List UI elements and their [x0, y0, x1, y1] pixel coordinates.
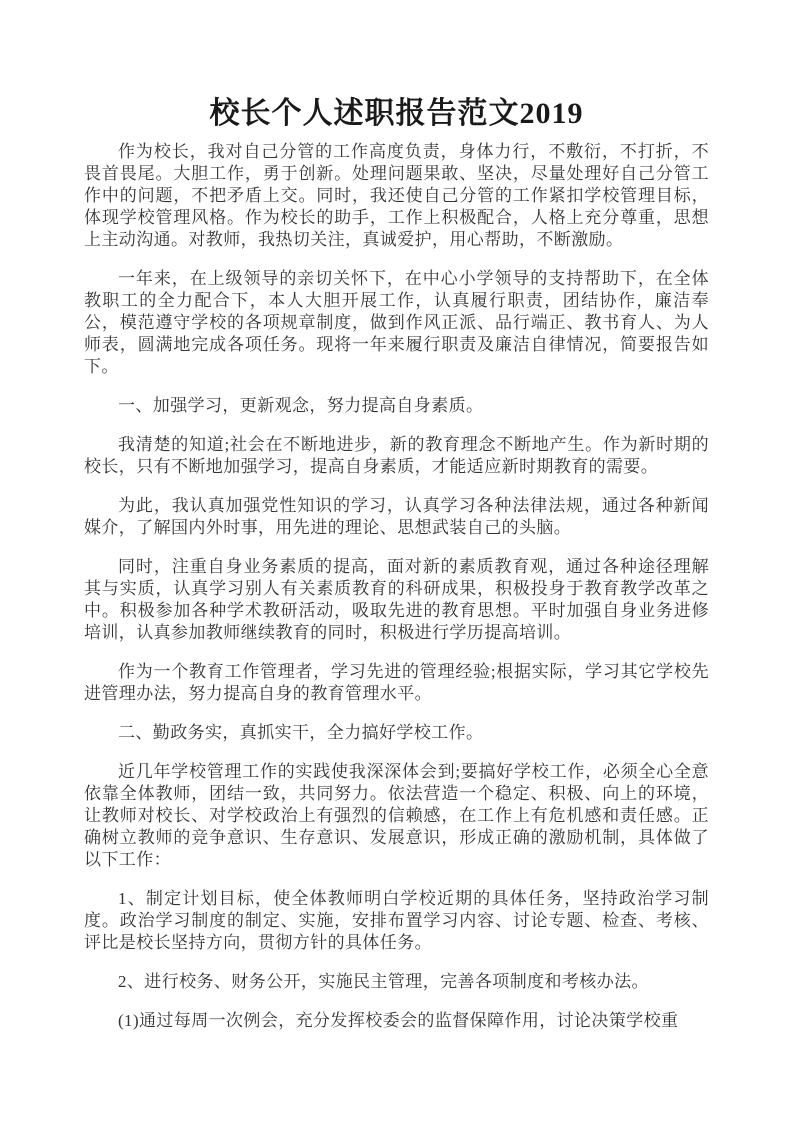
document-title: 校长个人述职报告范文2019	[84, 96, 709, 132]
paragraph-4: 为此，我认真加强党性知识的学习，认真学习各种法律法规，通过各种新闻媒介，了解国内…	[84, 495, 709, 539]
paragraph-6: 作为一个教育工作管理者，学习先进的管理经验;根据实际，学习其它学校先进管理办法，…	[84, 661, 709, 705]
paragraph-8: 1、制定计划目标，使全体教师明白学校近期的具体任务，坚持政治学习制度。政治学习制…	[84, 888, 709, 954]
paragraph-9: 2、进行校务、财务公开，实施民主管理，完善各项制度和考核办法。	[84, 971, 709, 993]
paragraph-10: (1)通过每周一次例会，充分发挥校委会的监督保障作用，讨论决策学校重	[84, 1010, 709, 1032]
paragraph-3: 我清楚的知道;社会在不断地进步，新的教育理念不断地产生。作为新时期的校长，只有不…	[84, 434, 709, 478]
document-page: 校长个人述职报告范文2019 作为校长，我对自己分管的工作高度负责，身体力行，不…	[0, 0, 793, 1122]
section-heading-2: 二、勤政务实，真抓实干，全力搞好学校工作。	[84, 722, 709, 744]
paragraph-1: 作为校长，我对自己分管的工作高度负责，身体力行，不敷衍，不打折，不畏首畏尾。大胆…	[84, 141, 709, 251]
paragraph-5: 同时，注重自身业务素质的提高，面对新的素质教育观，通过各种途径理解其与实质，认真…	[84, 556, 709, 644]
section-heading-1: 一、加强学习，更新观念，努力提高自身素质。	[84, 395, 709, 417]
paragraph-7: 近几年学校管理工作的实践使我深深体会到;要搞好学校工作，必须全心全意依靠全体教师…	[84, 761, 709, 871]
paragraph-2: 一年来，在上级领导的亲切关怀下，在中心小学领导的支持帮助下，在全体教职工的全力配…	[84, 268, 709, 378]
